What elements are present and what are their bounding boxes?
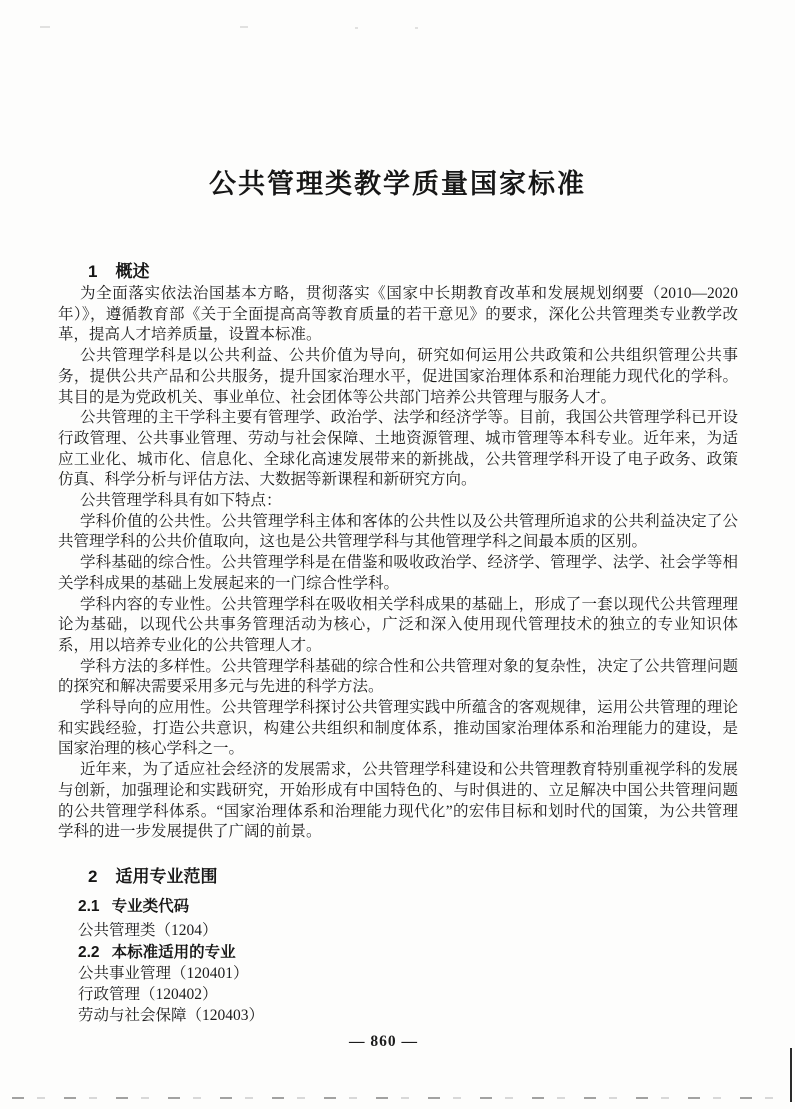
paragraph: 近年来，为了适应社会经济的发展需求，公共管理学科建设和公共管理教育特别重视学科的… [58,760,738,843]
paragraph: 学科内容的专业性。公共管理学科在吸收相关学科成果的基础上，形成了一套以现代公共管… [58,595,738,657]
list-item: 公共事业管理（120401） [78,963,795,984]
list-item: 公共管理类（1204） [78,920,795,941]
paragraph: 学科导向的应用性。公共管理学科探讨公共管理实践中所蕴含的客观规律，运用公共管理的… [58,698,738,760]
section-2-body: 2.1专业类代码 公共管理类（1204） 2.2本标准适用的专业 公共事业管理（… [58,897,795,1026]
section-2-number: 2 [88,867,97,886]
section-1-body: 为全面落实依法治国基本方略，贯彻落实《国家中长期教育改革和发展规划纲要（2010… [58,284,738,843]
paragraph: 公共管理学科具有如下特点： [58,491,738,512]
page-number: — 860 — [0,1032,781,1052]
section-1-heading: 1概述 [88,262,795,282]
paragraph: 学科方法的多样性。公共管理学科基础的综合性和公共管理对象的复杂性，决定了公共管理… [58,657,738,698]
subsection-2-1-heading: 2.1专业类代码 [78,897,795,917]
paragraph: 学科基础的综合性。公共管理学科是在借鉴和吸收政治学、经济学、管理学、法学、社会学… [58,553,738,594]
scanned-page: 公共管理类教学质量国家标准 1概述 为全面落实依法治国基本方略，贯彻落实《国家中… [0,0,795,1109]
subsection-2-2-heading: 2.2本标准适用的专业 [78,943,795,963]
subsection-2-1-title: 专业类代码 [112,898,190,915]
list-item: 行政管理（120402） [78,984,795,1005]
document-title: 公共管理类教学质量国家标准 [0,0,795,200]
section-1-title: 概述 [115,262,149,281]
paragraph: 公共管理学科是以公共利益、公共价值为导向，研究如何运用公共政策和公共组织管理公共… [58,346,738,408]
paragraph: 为全面落实依法治国基本方略，贯彻落实《国家中长期教育改革和发展规划纲要（2010… [58,284,738,346]
subsection-2-1-number: 2.1 [78,898,100,915]
scan-artifact-bottom-line [12,1097,777,1099]
scan-artifact-speck [40,26,50,28]
section-2-heading: 2适用专业范围 [88,867,795,887]
scan-artifact-speck [240,26,248,28]
section-2-title: 适用专业范围 [115,867,217,886]
paragraph: 学科价值的公共性。公共管理学科主体和客体的公共性以及公共管理所追求的公共利益决定… [58,512,738,553]
scan-artifact-speck [415,27,418,29]
scan-artifact-edge-line [790,1048,792,1102]
scan-artifact-speck [355,27,358,29]
list-item: 劳动与社会保障（120403） [78,1005,795,1026]
subsection-2-2-title: 本标准适用的专业 [112,944,236,961]
subsection-2-2-number: 2.2 [78,944,100,961]
paragraph: 公共管理的主干学科主要有管理学、政治学、法学和经济学等。目前，我国公共管理学科已… [58,408,738,491]
section-1-number: 1 [88,262,97,281]
